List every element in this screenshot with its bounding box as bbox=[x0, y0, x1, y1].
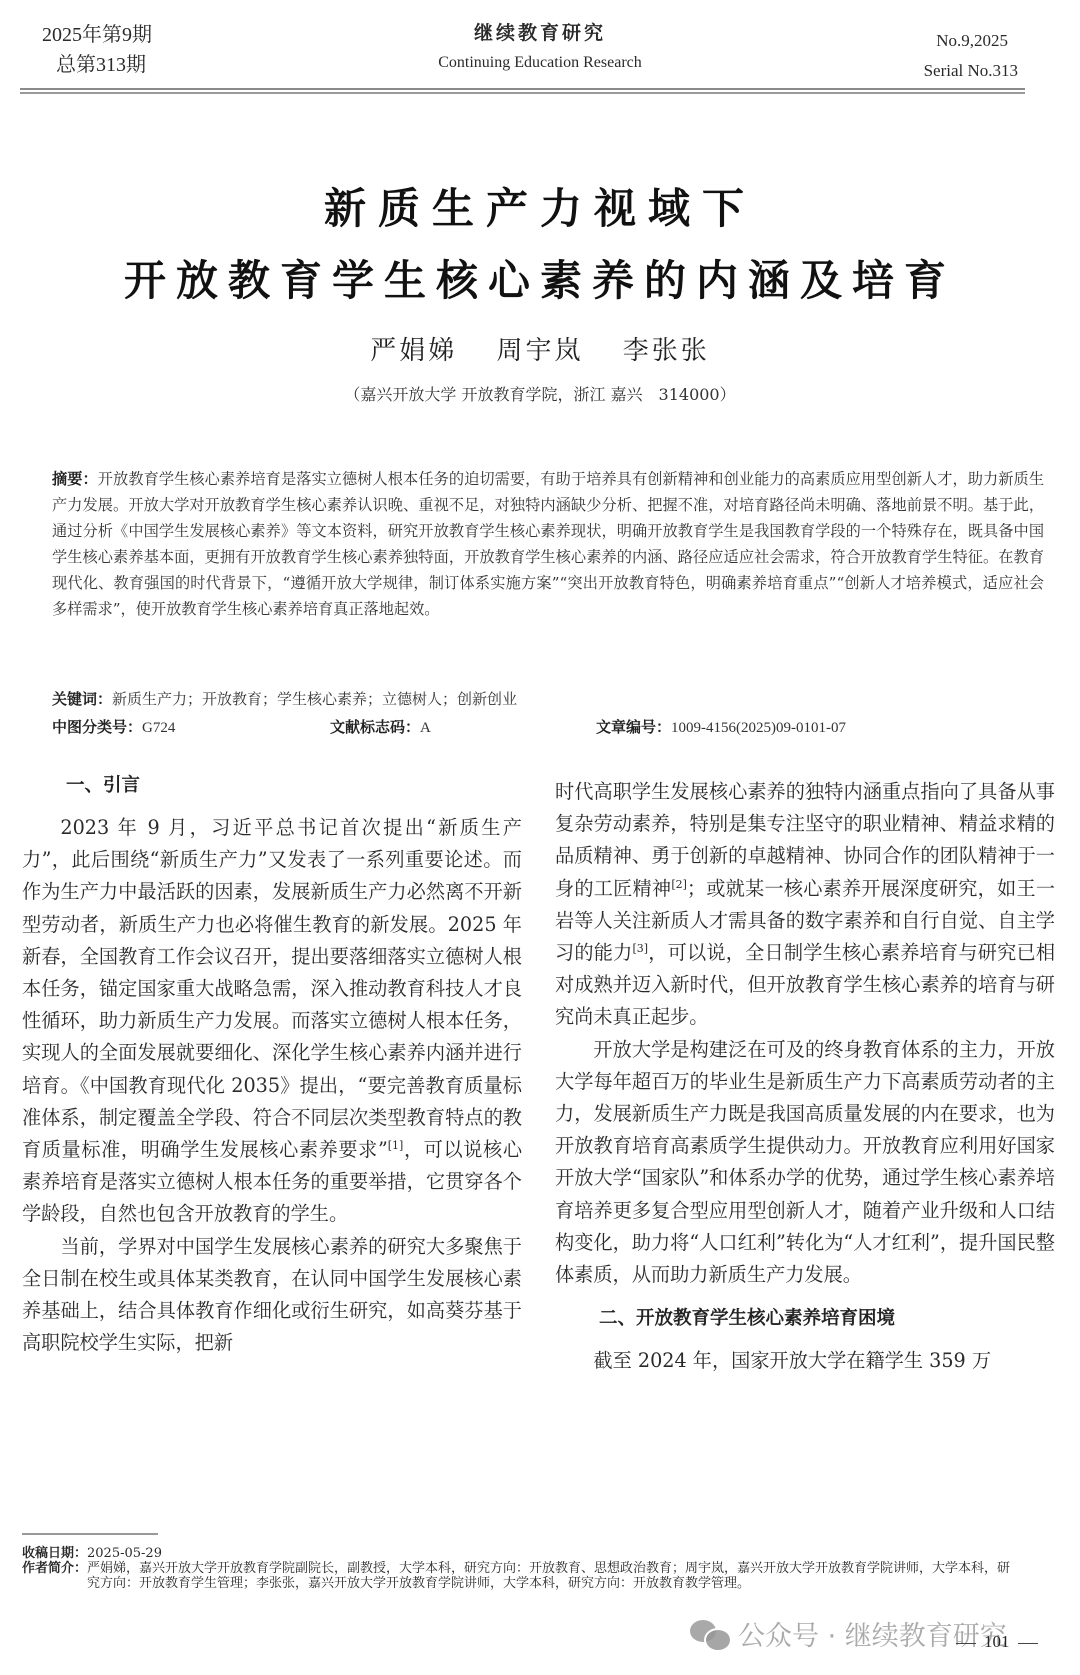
article-title-line1: 新质生产力视域下 bbox=[0, 176, 1080, 236]
dash-decoration bbox=[956, 1643, 976, 1644]
keywords-label: 关键词： bbox=[52, 690, 112, 708]
clc-number: 中图分类号：G724 bbox=[52, 714, 175, 741]
bio-label: 作者简介： bbox=[22, 1561, 87, 1591]
dash-decoration bbox=[1018, 1643, 1038, 1644]
paragraph: 时代高职学生发展核心素养的独特内涵重点指向了具备从事复杂劳动素养，特别是集专注坚… bbox=[555, 776, 1055, 1034]
received-value: 2025-05-29 bbox=[87, 1546, 1022, 1561]
document-code: 文献标志码：A bbox=[330, 714, 431, 741]
body-column-right: 时代高职学生发展核心素养的独特内涵重点指向了具备从事复杂劳动素养，特别是集专注坚… bbox=[555, 776, 1055, 1377]
author: 严娟娣 bbox=[370, 336, 457, 366]
body-column-left: 一、引言 2023 年 9 月，习近平总书记首次提出“新质生产力”，此后围绕“新… bbox=[22, 770, 522, 1359]
abstract-text: 开放教育学生核心素养培育是落实立德树人根本任务的迫切需要，有助于培养具有创新精神… bbox=[52, 470, 1044, 618]
abstract-label: 摘要： bbox=[52, 470, 98, 488]
footnote-rule bbox=[22, 1533, 158, 1535]
issue-en: No.9,2025 bbox=[924, 26, 1018, 56]
citation-ref: [3] bbox=[633, 942, 649, 955]
author-bio: 作者简介： 严娟娣，嘉兴开放大学开放教育学院副院长，副教授，大学本科，研究方向：… bbox=[22, 1561, 1022, 1591]
article-no-label: 文章编号： bbox=[596, 718, 671, 736]
header-double-rule bbox=[20, 88, 1025, 90]
section-heading-2: 二、开放教育学生核心素养培育困境 bbox=[555, 1303, 1055, 1335]
footnote: 收稿日期： 2025-05-29 作者简介： 严娟娣，嘉兴开放大学开放教育学院副… bbox=[22, 1546, 1022, 1591]
received-label: 收稿日期： bbox=[22, 1546, 87, 1561]
page-number: 101 bbox=[948, 1632, 1046, 1652]
serial-en: Serial No.313 bbox=[924, 56, 1018, 86]
keywords: 关键词：新质生产力；开放教育；学生核心素养；立德树人；创新创业 bbox=[52, 686, 517, 712]
journal-name-cn: 继续教育研究 bbox=[0, 18, 1080, 48]
abstract: 摘要：开放教育学生核心素养培育是落实立德树人根本任务的迫切需要，有助于培养具有创… bbox=[52, 466, 1044, 622]
citation-ref: [1] bbox=[388, 1139, 404, 1152]
paragraph: 开放大学是构建泛在可及的终身教育体系的主力，开放大学每年超百万的毕业生是新质生产… bbox=[555, 1034, 1055, 1292]
journal-masthead: 继续教育研究 Continuing Education Research bbox=[0, 18, 1080, 78]
article-title-line2: 开放教育学生核心素养的内涵及培育 bbox=[0, 248, 1080, 308]
clc-value: G724 bbox=[142, 720, 175, 736]
journal-name-en: Continuing Education Research bbox=[0, 48, 1080, 78]
paragraph: 当前，学界对中国学生发展核心素养的研究大多聚焦于全日制在校生或具体某类教育，在认… bbox=[22, 1231, 522, 1360]
received-date: 收稿日期： 2025-05-29 bbox=[22, 1546, 1022, 1561]
clc-label: 中图分类号： bbox=[52, 718, 142, 736]
paragraph-text: 2023 年 9 月，习近平总书记首次提出“新质生产力”，此后围绕“新质生产力”… bbox=[22, 816, 522, 1161]
article-no-value: 1009-4156(2025)09-0101-07 bbox=[671, 720, 846, 736]
author-list: 严娟娣 周宇岚 李张张 bbox=[0, 330, 1080, 367]
article-number: 文章编号：1009-4156(2025)09-0101-07 bbox=[596, 714, 846, 741]
bio-value: 严娟娣，嘉兴开放大学开放教育学院副院长，副教授，大学本科，研究方向：开放教育、思… bbox=[87, 1561, 1022, 1591]
paragraph: 截至 2024 年，国家开放大学在籍学生 359 万 bbox=[555, 1345, 1055, 1377]
section-heading-1: 一、引言 bbox=[22, 770, 522, 802]
author: 李张张 bbox=[623, 336, 710, 366]
paragraph: 2023 年 9 月，习近平总书记首次提出“新质生产力”，此后围绕“新质生产力”… bbox=[22, 812, 522, 1231]
author: 周宇岚 bbox=[496, 336, 583, 366]
doc-code-value: A bbox=[420, 720, 431, 736]
keywords-text: 新质生产力；开放教育；学生核心素养；立德树人；创新创业 bbox=[112, 690, 517, 708]
doc-code-label: 文献标志码： bbox=[330, 718, 420, 736]
header-issue-info-en: No.9,2025 Serial No.313 bbox=[924, 26, 1018, 86]
wechat-icon bbox=[690, 1618, 730, 1650]
affiliation: （嘉兴开放大学 开放教育学院，浙江 嘉兴 314000） bbox=[0, 382, 1080, 405]
citation-ref: [2] bbox=[671, 878, 687, 891]
page-number-value: 101 bbox=[984, 1632, 1010, 1651]
